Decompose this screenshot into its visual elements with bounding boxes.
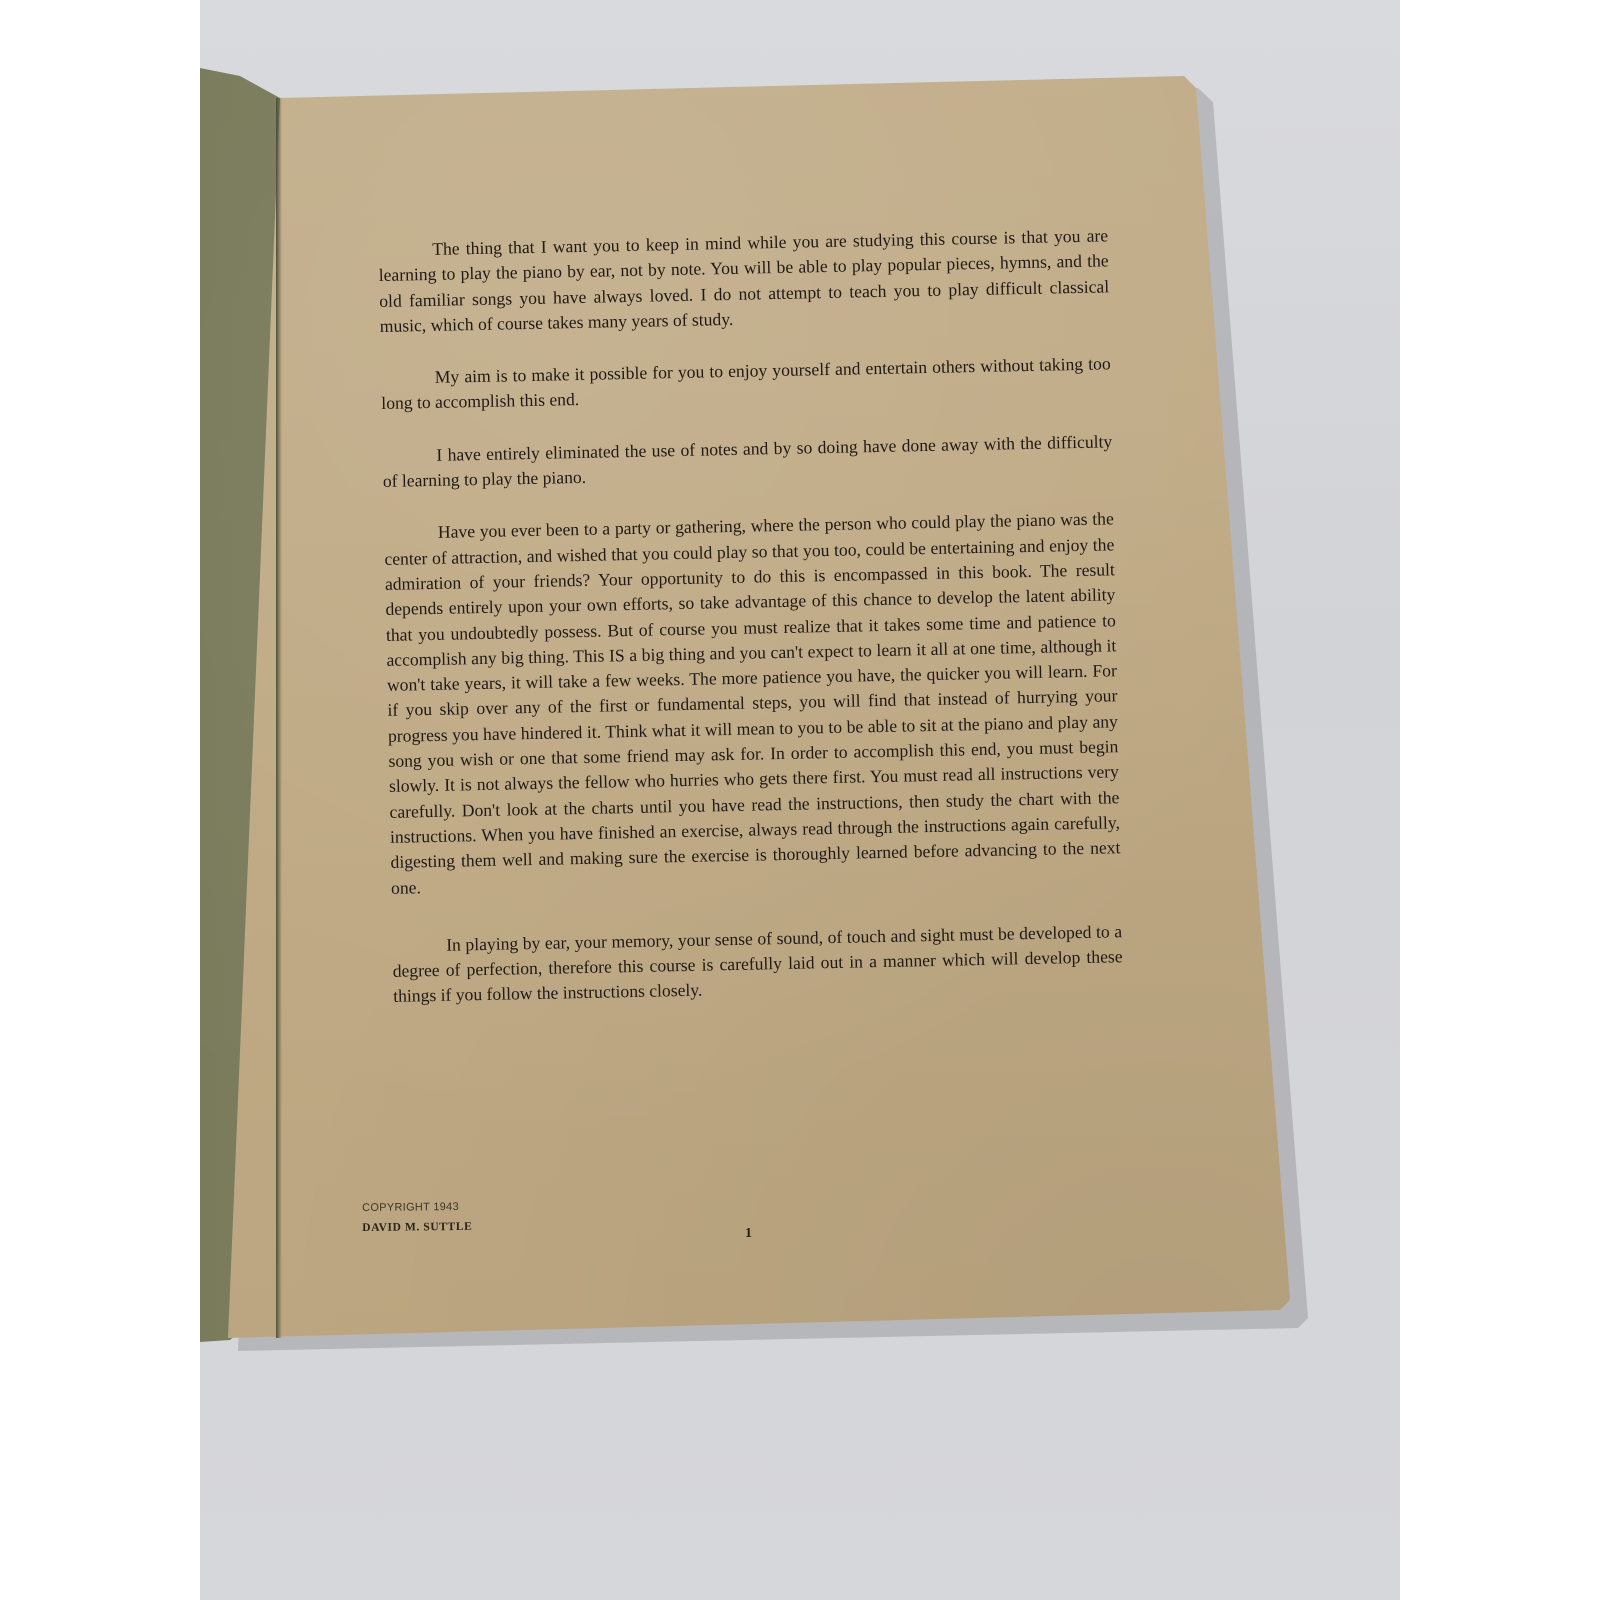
page-number: 1 [745, 1226, 752, 1242]
book-gutter [276, 98, 282, 1338]
paragraph-aim: My aim is to make it possible for you to… [381, 352, 1112, 417]
body-text: The thing that I want you to keep in min… [378, 223, 1124, 1036]
paragraph-party: Have you ever been to a party or gatheri… [384, 507, 1121, 901]
paragraph-no-notes: I have entirely eliminated the use of no… [382, 429, 1113, 494]
paragraph-intro: The thing that I want you to keep in min… [378, 223, 1110, 339]
page-footer: COPYRIGHT 1943 DAVID M. SUTTLE [362, 1197, 802, 1234]
book-photo: The thing that I want you to keep in min… [200, 0, 1400, 1600]
paragraph-playing-by-ear: In playing by ear, your memory, your sen… [392, 919, 1123, 1010]
